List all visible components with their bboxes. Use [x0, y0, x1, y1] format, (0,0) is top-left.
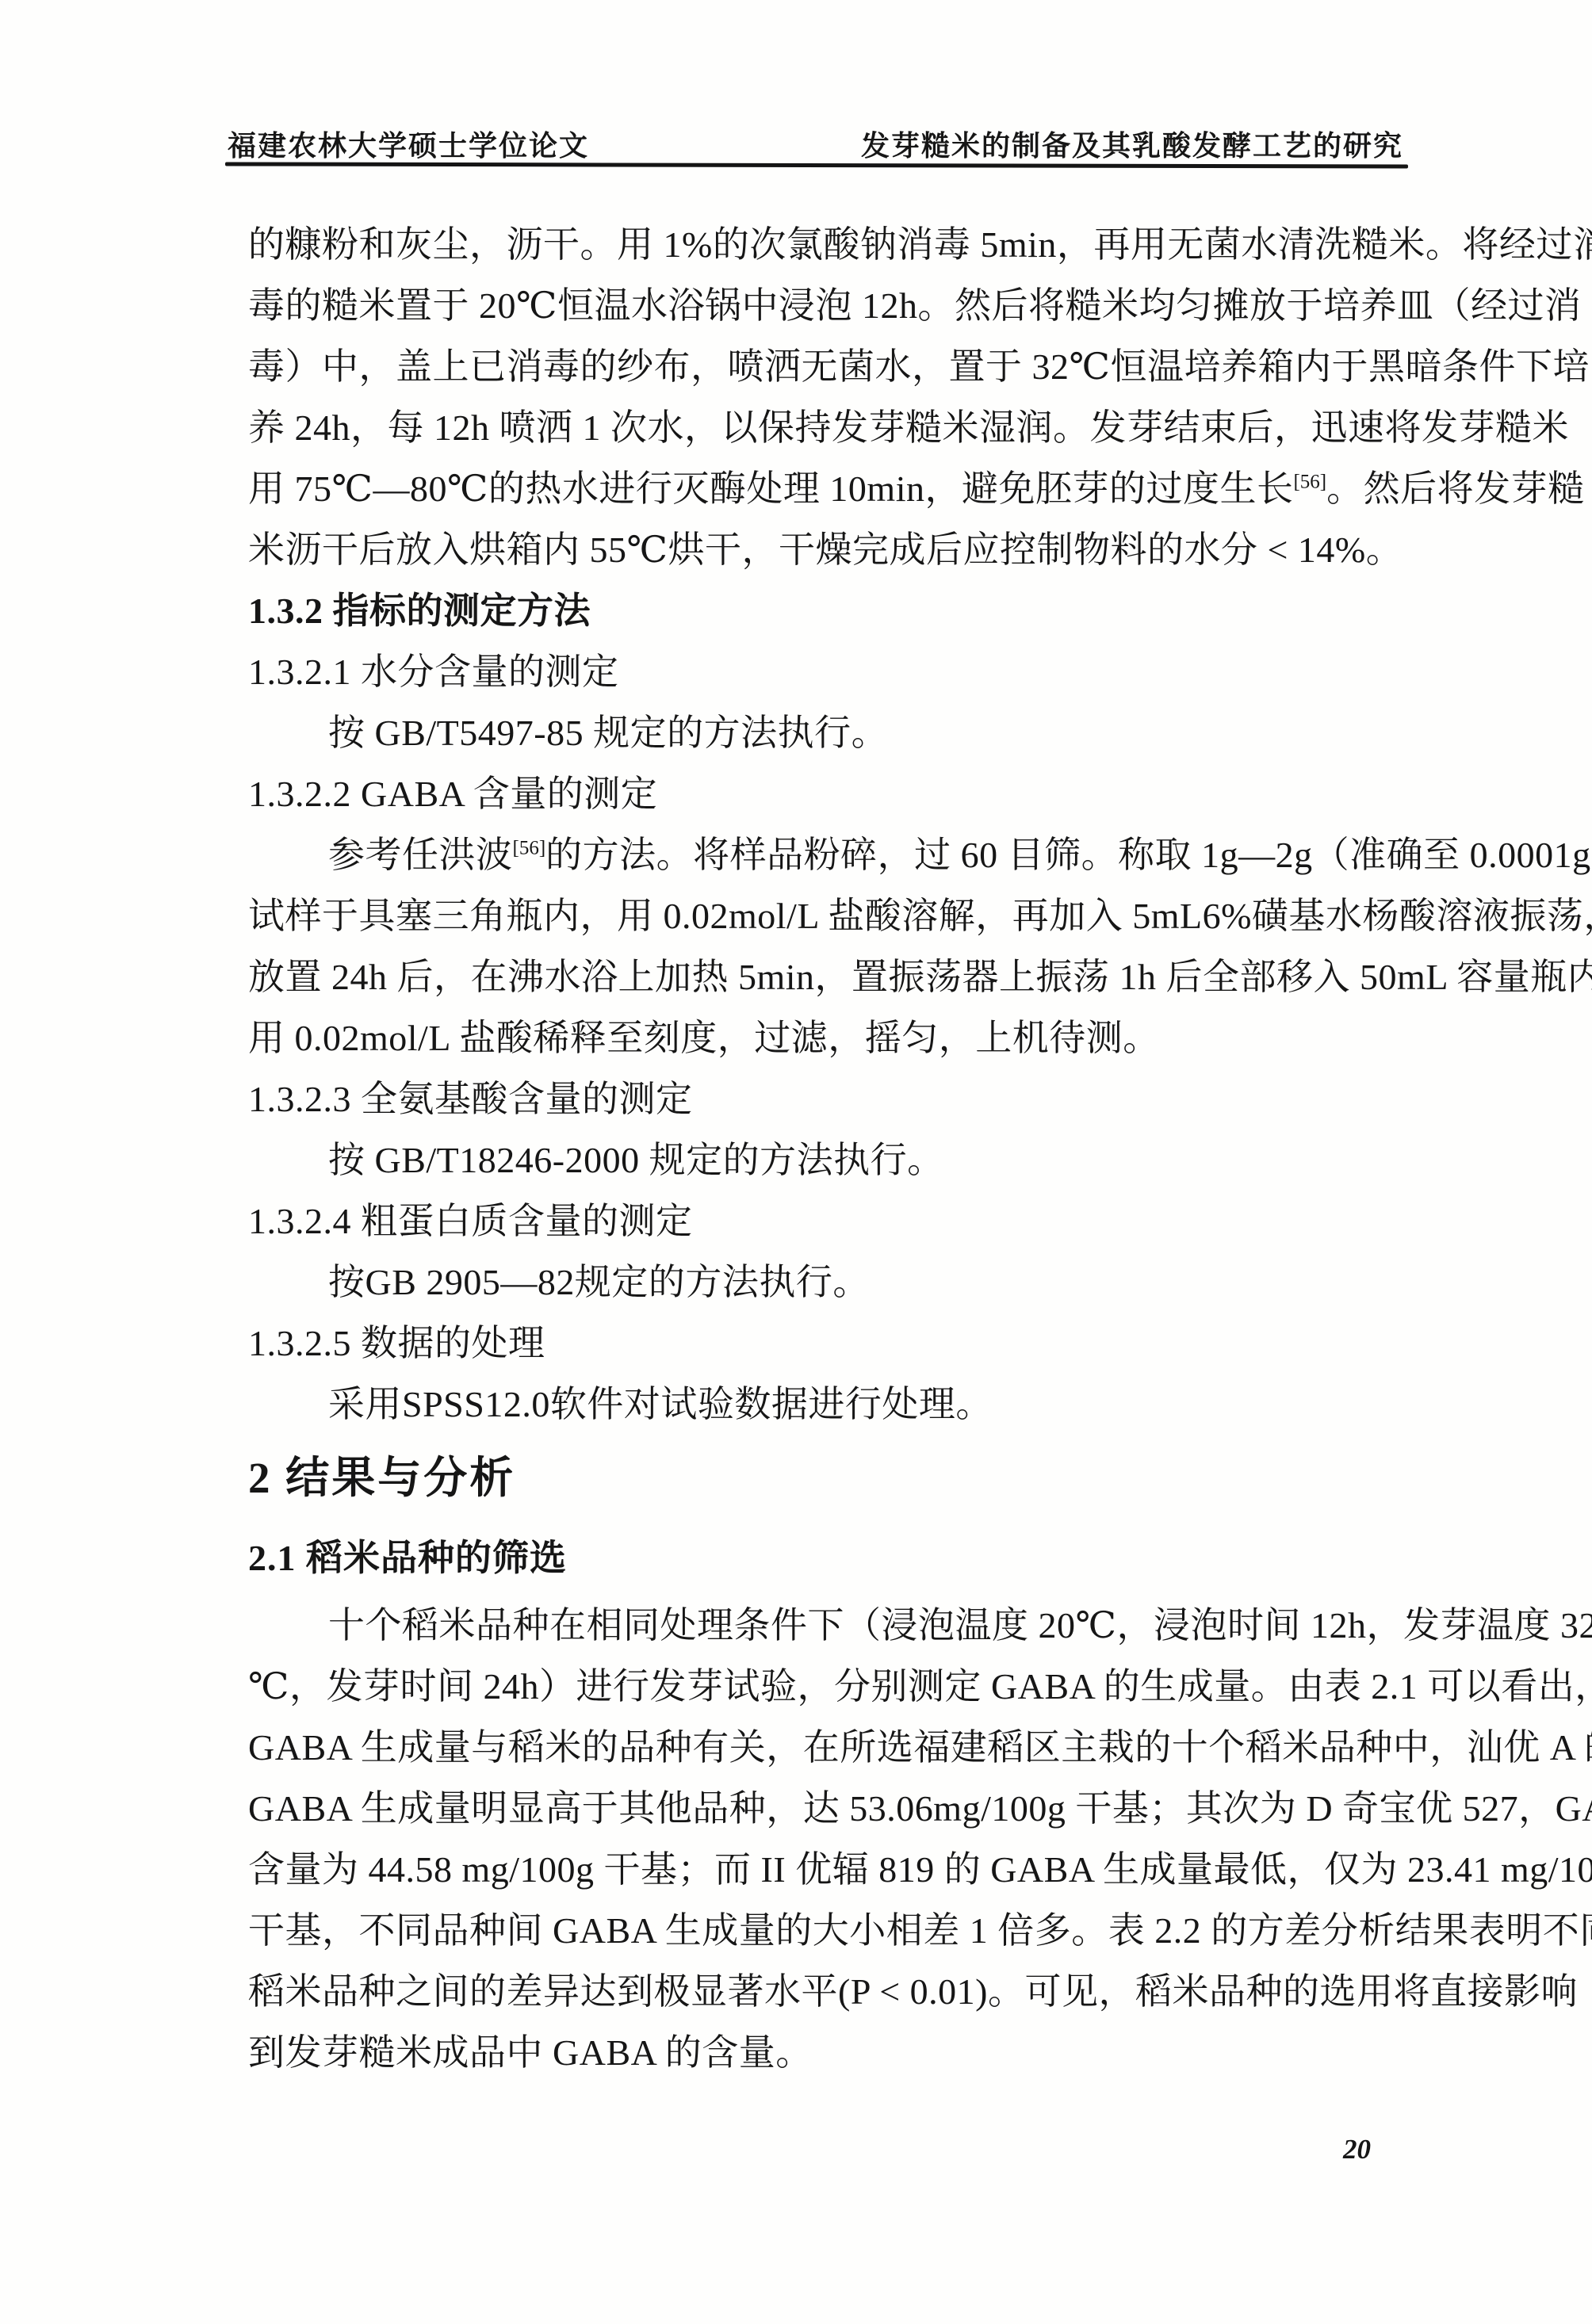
- section-heading-2-1: 2.1 稻米品种的筛选: [248, 1522, 1390, 1595]
- text-line: 毒的糙米置于 20℃恒温水浴锅中浸泡 12h。然后将糙米均匀摊放于培养皿（经过消: [248, 275, 1390, 336]
- text-line: 用 0.02mol/L 盐酸稀释至刻度，过滤，摇匀，上机待测。: [248, 1007, 1390, 1068]
- heading-1-3-2-1: 1.3.2.1 水分含量的测定: [248, 641, 1390, 702]
- heading-1-3-2-3: 1.3.2.3 全氨基酸含量的测定: [248, 1068, 1390, 1130]
- heading-1-3-2: 1.3.2 指标的测定方法: [248, 580, 1390, 641]
- text-line: 养 24h，每 12h 喷洒 1 次水，以保持发芽糙米湿润。发芽结束后，迅速将发…: [248, 397, 1390, 458]
- page-body: 的糠粉和灰尘，沥干。用 1%的次氯酸钠消毒 5min，再用无菌水清洗糙米。将经过…: [248, 214, 1390, 2083]
- text-line: 按GB 2905—82规定的方法执行。: [248, 1252, 1390, 1313]
- text-line: 含量为 44.58 mg/100g 干基；而 II 优辐 819 的 GABA …: [248, 1839, 1390, 1900]
- heading-1-3-2-5: 1.3.2.5 数据的处理: [248, 1313, 1390, 1374]
- thesis-page: 福建农林大学硕士学位论文 发芽糙米的制备及其乳酸发酵工艺的研究 的糠粉和灰尘，沥…: [0, 0, 1592, 2324]
- chapter-heading-2: 2 结果与分析: [248, 1435, 1390, 1522]
- text-line: 干基，不同品种间 GABA 生成量的大小相差 1 倍多。表 2.2 的方差分析结…: [248, 1900, 1390, 1961]
- text-segment: 。然后将发芽糙: [1326, 468, 1585, 509]
- heading-1-3-2-2: 1.3.2.2 GABA 含量的测定: [248, 763, 1390, 824]
- text-line: 试样于具塞三角瓶内，用 0.02mol/L 盐酸溶解，再加入 5mL6%磺基水杨…: [248, 885, 1390, 946]
- text-segment: 用 75℃—80℃的热水进行灭酶处理 10min，避免胚芽的过度生长: [248, 468, 1293, 509]
- citation-ref: [56]: [1293, 472, 1326, 493]
- citation-ref: [56]: [513, 838, 546, 859]
- text-line: 放置 24h 后，在沸水浴上加热 5min，置振荡器上振荡 1h 后全部移入 5…: [248, 946, 1390, 1007]
- text-line: GABA 生成量与稻米的品种有关，在所选福建稻区主栽的十个稻米品种中，汕优 A …: [248, 1717, 1390, 1778]
- text-line: 按 GB/T18246-2000 规定的方法执行。: [248, 1130, 1390, 1191]
- text-segment: 参考任洪波: [328, 835, 513, 875]
- text-line: 稻米品种之间的差异达到极显著水平(P < 0.01)。可见，稻米品种的选用将直接…: [248, 1961, 1390, 2022]
- text-line: 采用SPSS12.0软件对试验数据进行处理。: [248, 1374, 1390, 1435]
- text-line: 的糠粉和灰尘，沥干。用 1%的次氯酸钠消毒 5min，再用无菌水清洗糙米。将经过…: [248, 214, 1390, 275]
- text-line: GABA 生成量明显高于其他品种，达 53.06mg/100g 干基；其次为 D…: [248, 1778, 1390, 1839]
- header-thesis-type: 福建农林大学硕士学位论文: [228, 124, 589, 164]
- text-line: 十个稻米品种在相同处理条件下（浸泡温度 20℃，浸泡时间 12h，发芽温度 32: [248, 1595, 1390, 1656]
- text-line: 按 GB/T5497-85 规定的方法执行。: [248, 702, 1390, 763]
- text-line: 米沥干后放入烘箱内 55℃烘干，干燥完成后应控制物料的水分 < 14%。: [248, 519, 1390, 580]
- text-line: ℃，发芽时间 24h）进行发芽试验，分别测定 GABA 的生成量。由表 2.1 …: [248, 1656, 1390, 1717]
- text-line: 到发芽糙米成品中 GABA 的含量。: [248, 2022, 1390, 2083]
- text-line: 毒）中，盖上已消毒的纱布，喷洒无菌水，置于 32℃恒温培养箱内于黑暗条件下培: [248, 336, 1390, 397]
- text-line: 参考任洪波[56]的方法。将样品粉碎，过 60 目筛。称取 1g—2g（准确至 …: [248, 824, 1390, 885]
- text-line: 用 75℃—80℃的热水进行灭酶处理 10min，避免胚芽的过度生长[56]。然…: [248, 458, 1390, 519]
- header-thesis-title: 发芽糙米的制备及其乳酸发酵工艺的研究: [861, 124, 1403, 164]
- text-segment: 的方法。将样品粉碎，过 60 目筛。称取 1g—2g（准确至 0.0001g）: [545, 835, 1592, 875]
- heading-1-3-2-4: 1.3.2.4 粗蛋白质含量的测定: [248, 1191, 1390, 1252]
- page-number: 20: [1343, 2134, 1371, 2165]
